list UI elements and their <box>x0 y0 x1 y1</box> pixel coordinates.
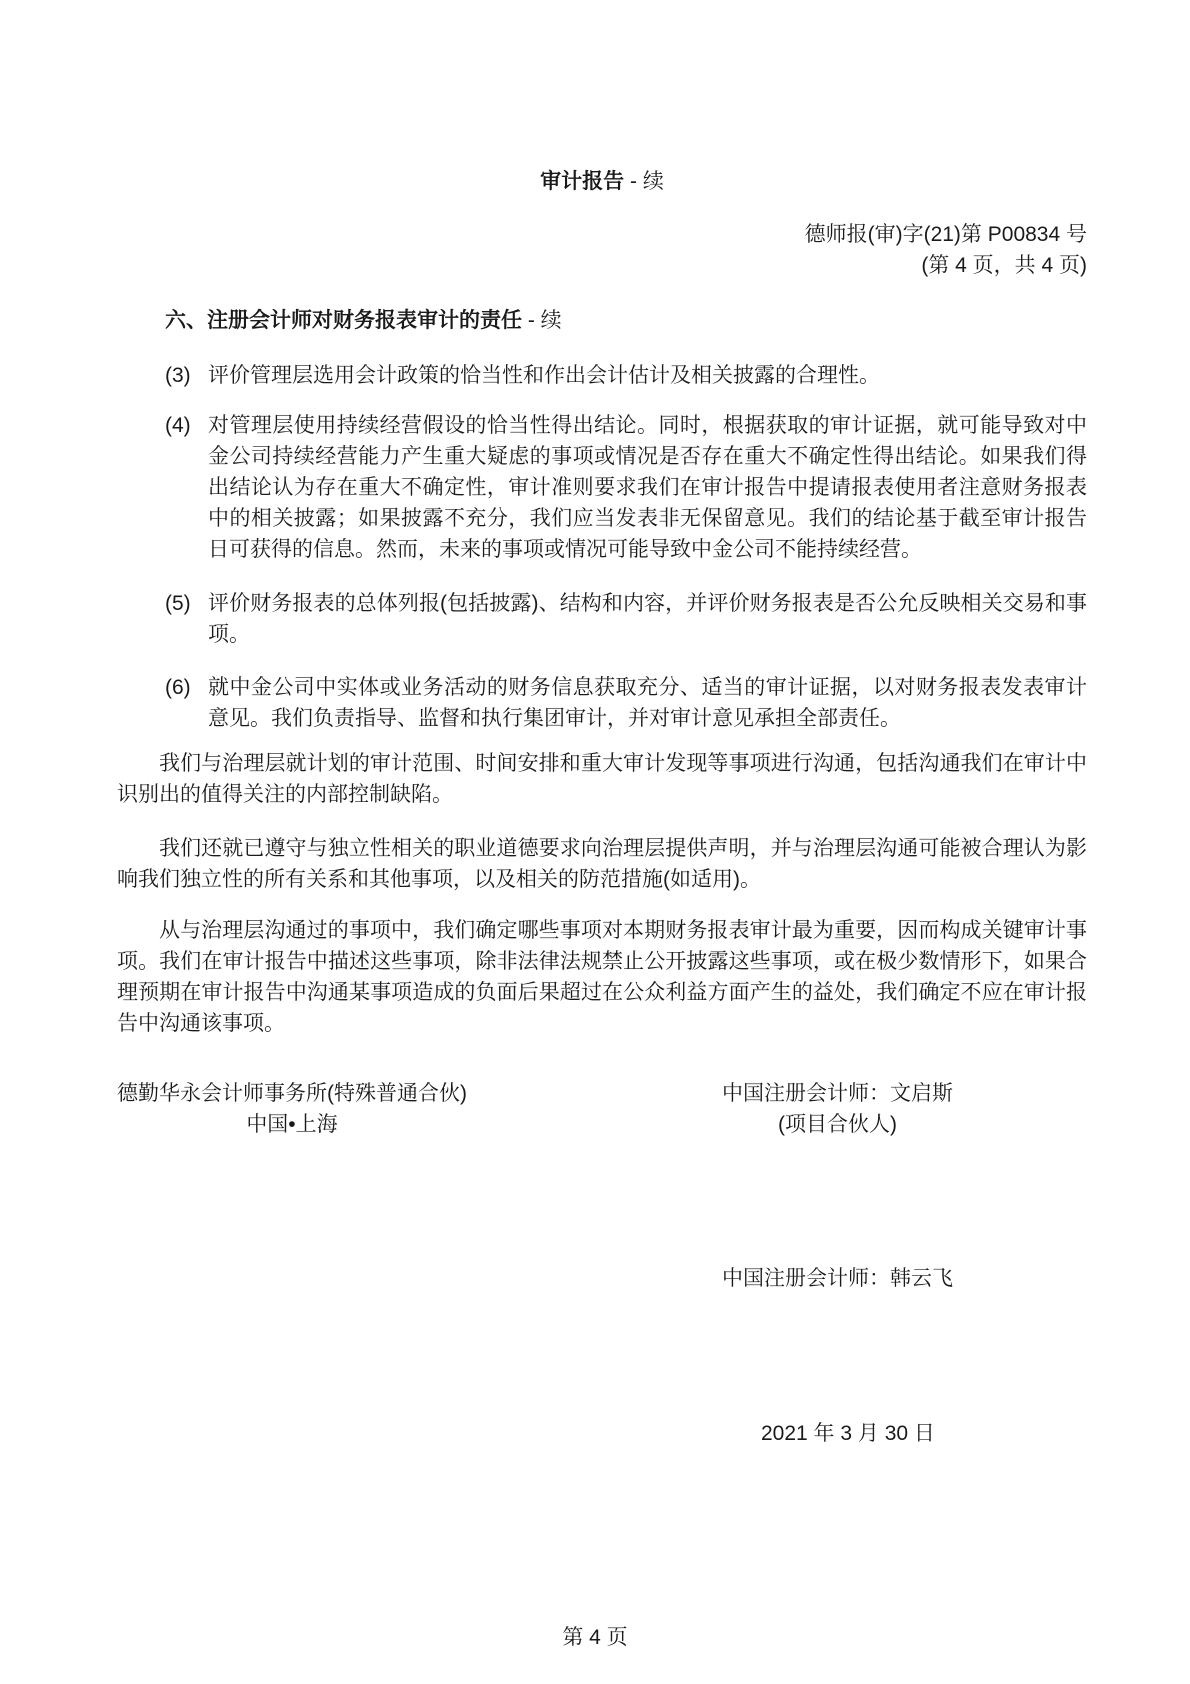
cpa-name-partner: 中国注册会计师：文启斯 <box>722 1078 953 1109</box>
page-count: (第 4 页，共 4 页) <box>117 250 1087 281</box>
list-item-4: (4) 对管理层使用持续经营假设的恰当性得出结论。同时，根据获取的审计证据，就可… <box>165 410 1087 565</box>
page-title: 审计报告 - 续 <box>117 166 1087 197</box>
body-paragraph-3: 从与治理层沟通过的事项中，我们确定哪些事项对本期财务报表审计最为重要，因而构成关… <box>117 915 1087 1039</box>
body-paragraph-2: 我们还就已遵守与独立性相关的职业道德要求向治理层提供声明，并与治理层沟通可能被合… <box>117 833 1087 895</box>
report-date: 2021 年 3 月 30 日 <box>761 1418 1087 1449</box>
partner-signature: 中国注册会计师：文启斯 (项目合伙人) <box>722 1078 953 1140</box>
section-heading-suffix: - 续 <box>522 309 562 332</box>
document-page: 审计报告 - 续 德师报(审)字(21)第 P00834 号 (第 4 页，共 … <box>0 0 1190 1684</box>
item-number: (6) <box>165 672 208 734</box>
item-text: 就中金公司中实体或业务活动的财务信息获取充分、适当的审计证据，以对财务报表发表审… <box>208 672 1087 734</box>
item-number: (5) <box>165 588 208 650</box>
cpa-name-second: 中国注册会计师：韩云飞 <box>722 1263 1087 1294</box>
firm-signature: 德勤华永会计师事务所(特殊普通合伙) 中国•上海 <box>117 1078 467 1140</box>
list-item-6: (6) 就中金公司中实体或业务活动的财务信息获取充分、适当的审计证据，以对财务报… <box>165 672 1087 734</box>
signature-block: 德勤华永会计师事务所(特殊普通合伙) 中国•上海 中国注册会计师：文启斯 (项目… <box>117 1078 1087 1140</box>
section-heading: 六、注册会计师对财务报表审计的责任 - 续 <box>165 305 1087 336</box>
page-footer: 第 4 页 <box>0 1622 1190 1653</box>
item-text: 评价财务报表的总体列报(包括披露)、结构和内容，并评价财务报表是否公允反映相关交… <box>208 588 1087 650</box>
item-number: (4) <box>165 410 208 565</box>
firm-location: 中国•上海 <box>117 1109 467 1140</box>
list-item-5: (5) 评价财务报表的总体列报(包括披露)、结构和内容，并评价财务报表是否公允反… <box>165 588 1087 650</box>
item-number: (3) <box>165 360 208 391</box>
section-heading-main: 六、注册会计师对财务报表审计的责任 <box>165 309 522 332</box>
body-paragraph-1: 我们与治理层就计划的审计范围、时间安排和重大审计发现等事项进行沟通，包括沟通我们… <box>117 748 1087 810</box>
ref-number: 德师报(审)字(21)第 P00834 号 <box>117 219 1087 250</box>
partner-role: (项目合伙人) <box>722 1109 953 1140</box>
page-title-suffix: - 续 <box>624 170 664 193</box>
item-text: 对管理层使用持续经营假设的恰当性得出结论。同时，根据获取的审计证据，就可能导致对… <box>208 410 1087 565</box>
item-text: 评价管理层选用会计政策的恰当性和作出会计估计及相关披露的合理性。 <box>208 360 1087 391</box>
page-title-main: 审计报告 <box>540 170 624 193</box>
firm-name: 德勤华永会计师事务所(特殊普通合伙) <box>117 1078 467 1109</box>
list-item-3: (3) 评价管理层选用会计政策的恰当性和作出会计估计及相关披露的合理性。 <box>165 360 1087 391</box>
report-reference: 德师报(审)字(21)第 P00834 号 (第 4 页，共 4 页) <box>117 219 1087 281</box>
